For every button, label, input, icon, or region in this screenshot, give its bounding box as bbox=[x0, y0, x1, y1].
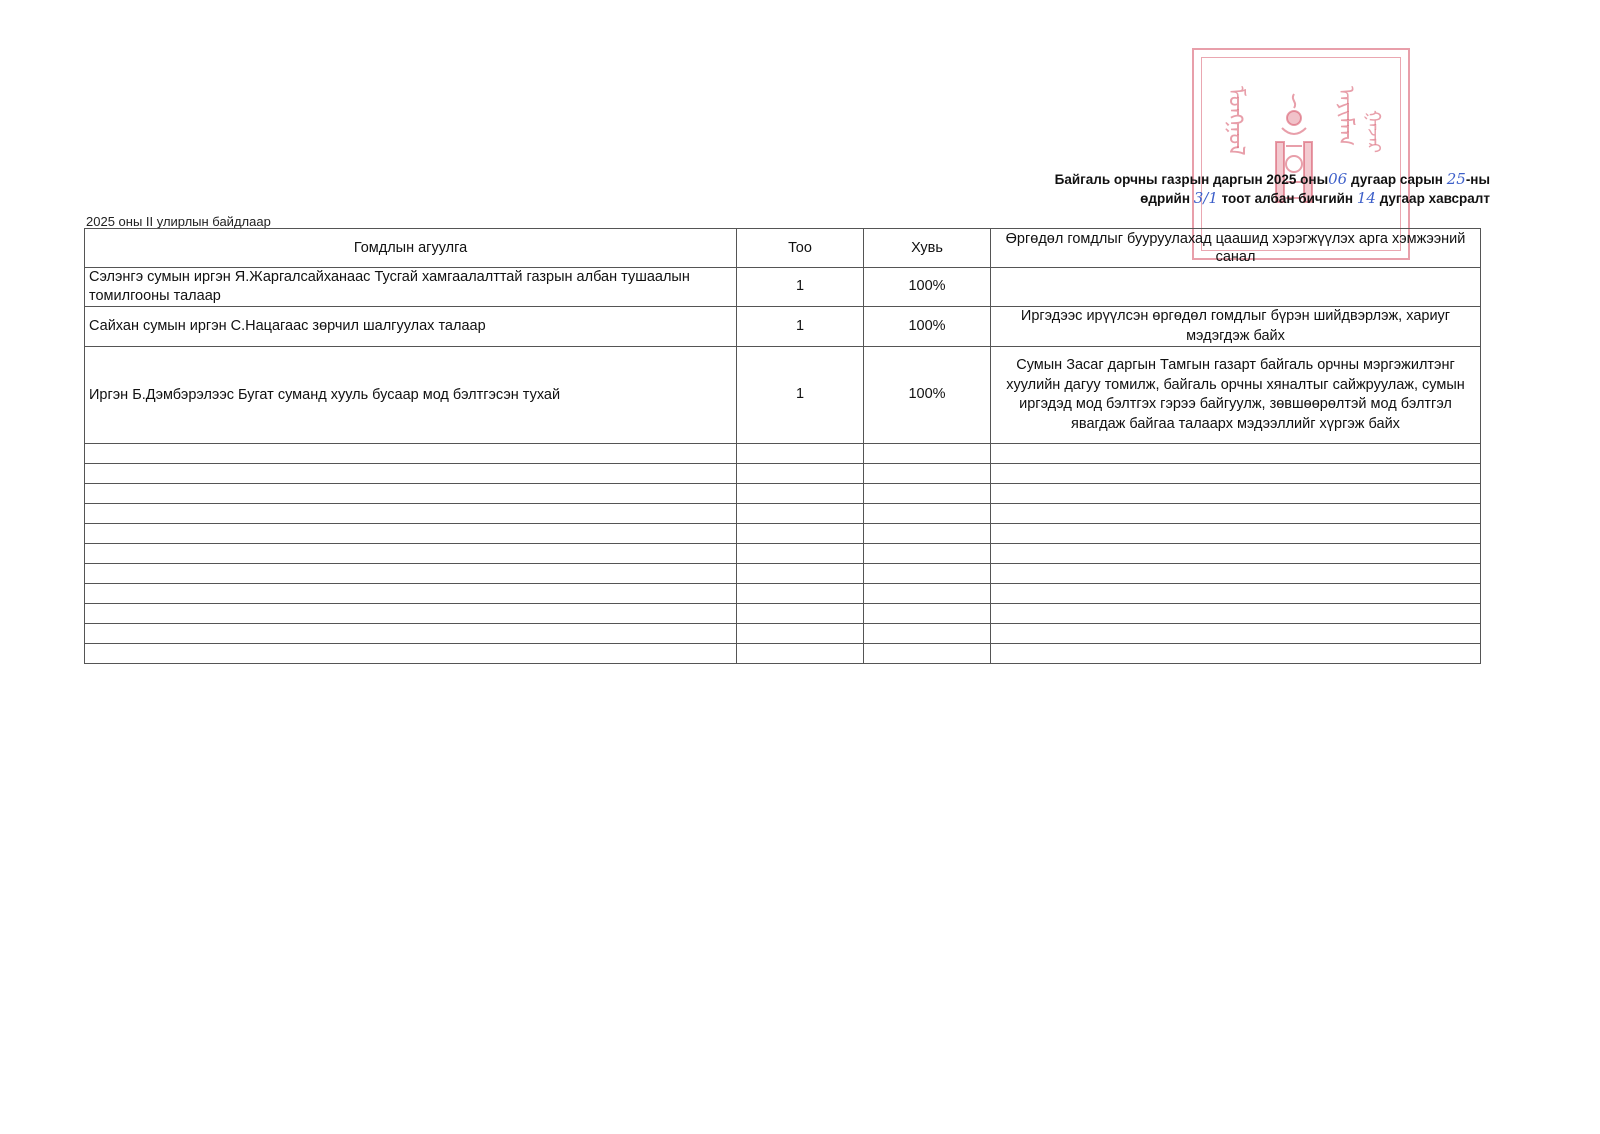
empty-table-row bbox=[85, 444, 1481, 464]
empty-cell bbox=[737, 564, 864, 584]
empty-cell bbox=[737, 584, 864, 604]
empty-cell bbox=[864, 564, 991, 584]
empty-table-row bbox=[85, 644, 1481, 664]
empty-cell bbox=[737, 484, 864, 504]
empty-cell bbox=[737, 604, 864, 624]
empty-cell bbox=[991, 444, 1481, 464]
empty-cell bbox=[991, 584, 1481, 604]
annex-reference-note: Байгаль орчны газрын даргын 2025 оны06 д… bbox=[1055, 170, 1490, 208]
empty-cell bbox=[864, 624, 991, 644]
empty-cell bbox=[85, 544, 737, 564]
empty-table-row bbox=[85, 484, 1481, 504]
empty-cell bbox=[737, 444, 864, 464]
empty-table-row bbox=[85, 544, 1481, 564]
empty-cell bbox=[85, 584, 737, 604]
report-period-subtitle: 2025 оны II улирлын байдлаар bbox=[86, 214, 271, 229]
cell-percent: 100% bbox=[864, 268, 991, 307]
empty-cell bbox=[85, 644, 737, 664]
header-count: Тоо bbox=[737, 229, 864, 268]
handwritten-month: 06 bbox=[1328, 170, 1347, 188]
empty-cell bbox=[864, 544, 991, 564]
cell-proposal: Сумын Засаг даргын Тамгын газарт байгаль… bbox=[991, 347, 1481, 444]
cell-complaint-content: Сэлэнгэ сумын иргэн Я.Жаргалсайханаас Ту… bbox=[85, 268, 737, 307]
handwritten-letter-number: 3/1 bbox=[1194, 189, 1218, 207]
empty-cell bbox=[991, 524, 1481, 544]
empty-cell bbox=[864, 484, 991, 504]
cell-proposal: Иргэдээс ирүүлсэн өргөдөл гомдлыг бүрэн … bbox=[991, 307, 1481, 347]
empty-table-row bbox=[85, 624, 1481, 644]
empty-cell bbox=[737, 524, 864, 544]
cell-complaint-content: Иргэн Б.Дэмбэрэлээс Бугат суманд хууль б… bbox=[85, 347, 737, 444]
empty-cell bbox=[85, 564, 737, 584]
empty-table-row bbox=[85, 604, 1481, 624]
header-complaint-content: Гомдлын агуулга bbox=[85, 229, 737, 268]
empty-table-row bbox=[85, 564, 1481, 584]
cell-percent: 100% bbox=[864, 307, 991, 347]
table-row: Иргэн Б.Дэмбэрэлээс Бугат суманд хууль б… bbox=[85, 347, 1481, 444]
handwritten-day: 25 bbox=[1447, 170, 1466, 188]
empty-cell bbox=[991, 504, 1481, 524]
empty-cell bbox=[85, 604, 737, 624]
empty-cell bbox=[991, 644, 1481, 664]
empty-cell bbox=[864, 504, 991, 524]
empty-cell bbox=[991, 604, 1481, 624]
empty-cell bbox=[991, 464, 1481, 484]
empty-cell bbox=[864, 604, 991, 624]
empty-cell bbox=[737, 624, 864, 644]
table-row: Сэлэнгэ сумын иргэн Я.Жаргалсайханаас Ту… bbox=[85, 268, 1481, 307]
empty-cell bbox=[85, 624, 737, 644]
empty-cell bbox=[737, 544, 864, 564]
empty-cell bbox=[991, 564, 1481, 584]
cell-count: 1 bbox=[737, 268, 864, 307]
empty-cell bbox=[737, 464, 864, 484]
empty-table-row bbox=[85, 464, 1481, 484]
empty-cell bbox=[85, 524, 737, 544]
empty-cell bbox=[85, 464, 737, 484]
header-percent: Хувь bbox=[864, 229, 991, 268]
empty-cell bbox=[85, 484, 737, 504]
header-proposal: Өргөдөл гомдлыг бууруулахад цаашид хэрэг… bbox=[991, 229, 1481, 268]
empty-cell bbox=[991, 624, 1481, 644]
empty-cell bbox=[737, 644, 864, 664]
handwritten-annex-number: 14 bbox=[1357, 189, 1376, 207]
cell-percent: 100% bbox=[864, 347, 991, 444]
empty-cell bbox=[85, 444, 737, 464]
cell-proposal bbox=[991, 268, 1481, 307]
annex-note-line-2: өдрийн 3/1 тоот албан бичгийн 14 дугаар … bbox=[1055, 189, 1490, 208]
cell-complaint-content: Сайхан сумын иргэн С.Нацагаас зөрчил шал… bbox=[85, 307, 737, 347]
empty-cell bbox=[864, 464, 991, 484]
empty-table-row bbox=[85, 584, 1481, 604]
empty-cell bbox=[864, 444, 991, 464]
empty-cell bbox=[864, 644, 991, 664]
empty-cell bbox=[864, 524, 991, 544]
empty-cell bbox=[737, 504, 864, 524]
empty-cell bbox=[85, 504, 737, 524]
cell-count: 1 bbox=[737, 347, 864, 444]
empty-cell bbox=[991, 544, 1481, 564]
empty-cell bbox=[864, 584, 991, 604]
annex-note-line-1: Байгаль орчны газрын даргын 2025 оны06 д… bbox=[1055, 170, 1490, 189]
table-header-row: Гомдлын агуулга Тоо Хувь Өргөдөл гомдлыг… bbox=[85, 229, 1481, 268]
empty-table-row bbox=[85, 504, 1481, 524]
empty-cell bbox=[991, 484, 1481, 504]
cell-count: 1 bbox=[737, 307, 864, 347]
table-row: Сайхан сумын иргэн С.Нацагаас зөрчил шал… bbox=[85, 307, 1481, 347]
complaints-table: Гомдлын агуулга Тоо Хувь Өргөдөл гомдлыг… bbox=[84, 228, 1481, 664]
empty-table-row bbox=[85, 524, 1481, 544]
